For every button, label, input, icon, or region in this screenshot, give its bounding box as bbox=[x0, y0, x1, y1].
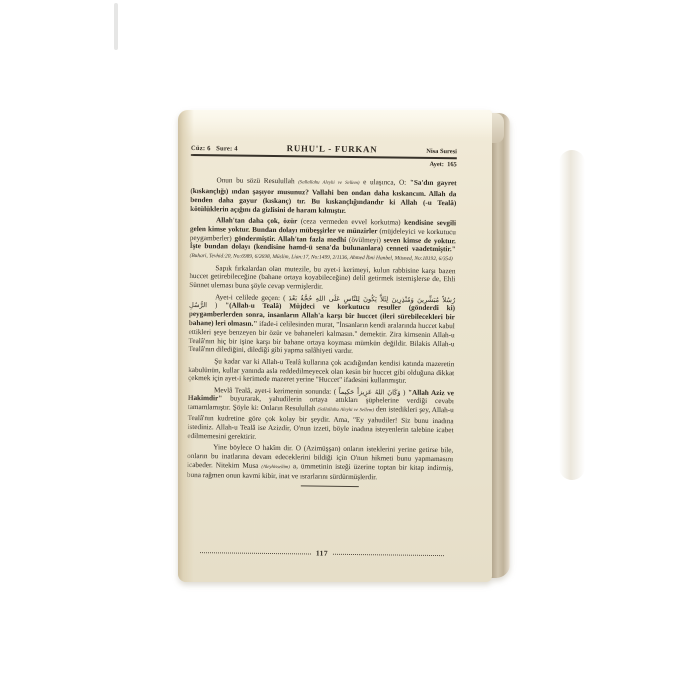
footer-dotted-rule-left bbox=[200, 552, 311, 554]
page-body: Onun bu sözü Resulullah (Sallallahu Aley… bbox=[187, 176, 457, 483]
text-segment: (Aleyhisselâm) bbox=[261, 465, 290, 470]
page-footer: 117 bbox=[200, 547, 444, 559]
text-segment: e ulaşınca, O: bbox=[359, 178, 409, 187]
book-title: RUHU'L - FURKAN bbox=[287, 143, 378, 154]
text-segment: Allah'tan daha çok, özür bbox=[216, 216, 301, 225]
text-segment: (Sallallahu Aleyhi ve Sellem) bbox=[317, 408, 374, 414]
text-segment: (ceza vermeden evvel korkutma) bbox=[301, 217, 401, 226]
header-cuz-sure: Cüz: 6 Sure: 4 bbox=[191, 145, 238, 153]
text-segment: Onun bu sözü Resulullah bbox=[216, 177, 298, 186]
rear-page-edges bbox=[559, 150, 585, 480]
text-segment: (Sallallahu Aleyhi ve Sellem) bbox=[298, 181, 359, 187]
page-header: Cüz: 6 Sure: 4 RUHU'L - FURKAN Nisa Sure… bbox=[191, 142, 457, 155]
paragraph: Ayet-i celilede geçen: ( رُسُلاً مُبَشِّ… bbox=[188, 293, 455, 358]
paragraph: Yine böylece O hakîm dir. O (Azimüşşan) … bbox=[187, 443, 453, 483]
paragraph: Sapık fırkalardan olan mutezile, bu ayet… bbox=[189, 264, 455, 294]
paragraph: Onun bu sözü Resulullah (Sallallahu Aley… bbox=[190, 176, 456, 216]
footer-dotted-rule-right bbox=[333, 553, 444, 555]
photo-artifact bbox=[114, 3, 118, 50]
text-segment: Sapık fırkalardan olan mutezile, bu ayet… bbox=[189, 264, 455, 291]
paragraph: Allah'tan daha çok, özür (ceza vermeden … bbox=[190, 216, 457, 264]
book-page: Cüz: 6 Sure: 4 RUHU'L - FURKAN Nisa Sure… bbox=[178, 110, 492, 582]
paragraph: Mevlâ Tealâ, ayet-i kerimenin sonunda: (… bbox=[187, 386, 454, 444]
book-photo: Cüz: 6 Sure: 4 RUHU'L - FURKAN Nisa Sure… bbox=[0, 0, 700, 700]
page-content: Cüz: 6 Sure: 4 RUHU'L - FURKAN Nisa Sure… bbox=[186, 142, 457, 575]
arabic-text: وَكَانَ اللهُ عَزِيزاً حَكِيماً bbox=[339, 388, 401, 397]
text-segment: ) bbox=[207, 302, 225, 310]
ayet-number: Ayet: 165 bbox=[191, 158, 457, 168]
header-sure-name: Nisa Suresi bbox=[426, 148, 457, 155]
paragraph: Şu kadar var ki Allah-u Tealâ kullarına … bbox=[188, 357, 454, 387]
text-segment: (övülmeyi) bbox=[349, 235, 381, 243]
page-number: 117 bbox=[316, 549, 328, 558]
text-segment: (Buhari, Tevhid:20, No:6989, 6/2698, Müs… bbox=[190, 253, 453, 262]
text-segment: Şu kadar var ki Allah-u Tealâ kullarına … bbox=[188, 357, 454, 385]
text-segment: Ayet-i celilede geçen: ( bbox=[215, 293, 289, 302]
section-end-divider bbox=[301, 486, 359, 488]
open-book: Cüz: 6 Sure: 4 RUHU'L - FURKAN Nisa Sure… bbox=[178, 110, 510, 582]
